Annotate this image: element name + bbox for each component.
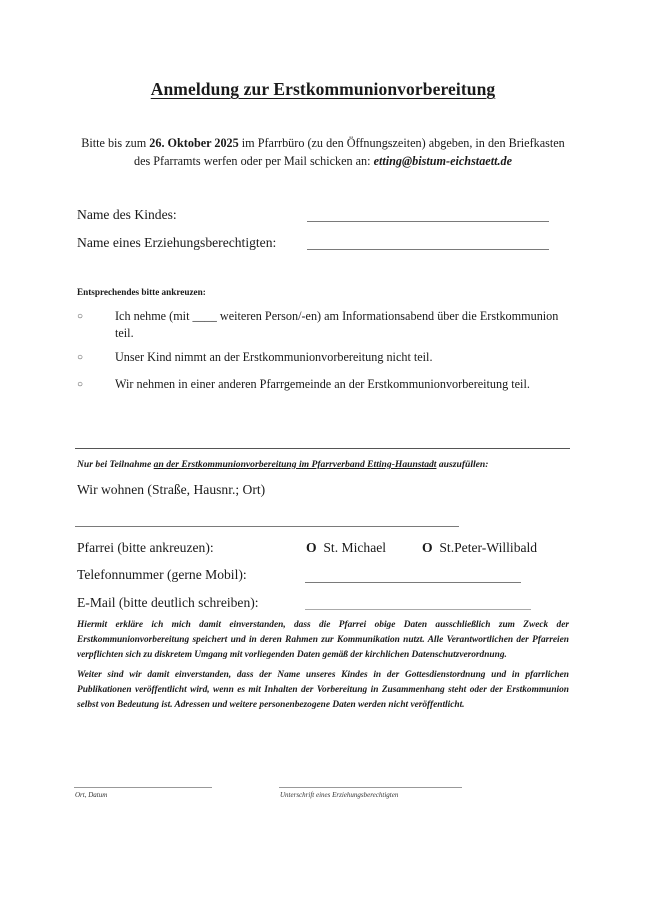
option-circle-icon[interactable]: ○ (77, 379, 83, 390)
note-underlined: an der Erstkommunionvorbereitung im Pfar… (154, 459, 437, 470)
guardian-name-label: Name eines Erziehungsberechtigten: (77, 235, 276, 251)
parish-choice-st-peter-willibald[interactable]: O St.Peter-Willibald (422, 540, 537, 556)
signature-label: Unterschrift eines Erziehungsberechtigte… (280, 791, 398, 799)
option-other-parish: Wir nehmen in einer anderen Pfarrgemeind… (115, 377, 530, 392)
circle-checkbox-icon[interactable]: O (422, 540, 433, 555)
consent-publication: Weiter sind wir damit einverstanden, das… (77, 668, 569, 714)
phone-field[interactable] (305, 582, 521, 583)
page-title: Anmeldung zur Erstkommunionvorbereitung (0, 79, 646, 100)
option-circle-icon[interactable]: ○ (77, 352, 83, 363)
parish-name: St. Michael (323, 540, 386, 555)
option-info-evening: Ich nehme (mit ____ weiteren Person/-en)… (115, 309, 558, 324)
email-label: E-Mail (bitte deutlich schreiben): (77, 595, 259, 611)
signature-field[interactable] (279, 787, 462, 788)
circle-checkbox-icon[interactable]: O (306, 540, 317, 555)
intro-text: Bitte bis zum (81, 136, 149, 150)
checkbox-heading: Entsprechendes bitte ankreuzen: (77, 287, 206, 297)
consent-data-storage: Hiermit erkläre ich mich damit einversta… (77, 618, 569, 664)
parish-name: St.Peter-Willibald (439, 540, 537, 555)
intro-line-1: Bitte bis zum 26. Oktober 2025 im Pfarrb… (0, 136, 646, 151)
place-date-label: Ort, Datum (75, 791, 107, 799)
parish-choice-st-michael[interactable]: O St. Michael (306, 540, 386, 556)
phone-label: Telefonnummer (gerne Mobil): (77, 567, 247, 583)
contact-email: etting@bistum-eichstaett.de (374, 154, 512, 168)
option-circle-icon[interactable]: ○ (77, 311, 83, 322)
intro-text: des Pfarramts werfen oder per Mail schic… (134, 154, 374, 168)
intro-text: im Pfarrbüro (zu den Öffnungszeiten) abg… (239, 136, 565, 150)
place-date-field[interactable] (74, 787, 212, 788)
option-info-evening-cont: teil. (115, 326, 134, 341)
child-name-field[interactable] (307, 221, 549, 222)
child-name-label: Name des Kindes: (77, 207, 177, 223)
section-note: Nur bei Teilnahme an der Erstkommunionvo… (77, 459, 488, 470)
address-label: Wir wohnen (Straße, Hausnr.; Ort) (77, 482, 265, 498)
address-field[interactable] (75, 526, 459, 527)
email-field[interactable] (305, 609, 531, 610)
note-text: Nur bei Teilnahme (77, 459, 154, 470)
note-text: auszufüllen: (436, 459, 488, 470)
option-not-participating: Unser Kind nimmt an der Erstkommunionvor… (115, 350, 433, 365)
deadline-date: 26. Oktober 2025 (149, 136, 239, 150)
guardian-name-field[interactable] (307, 249, 549, 250)
intro-line-2: des Pfarramts werfen oder per Mail schic… (0, 154, 646, 169)
parish-label: Pfarrei (bitte ankreuzen): (77, 540, 214, 556)
section-divider (75, 448, 570, 449)
